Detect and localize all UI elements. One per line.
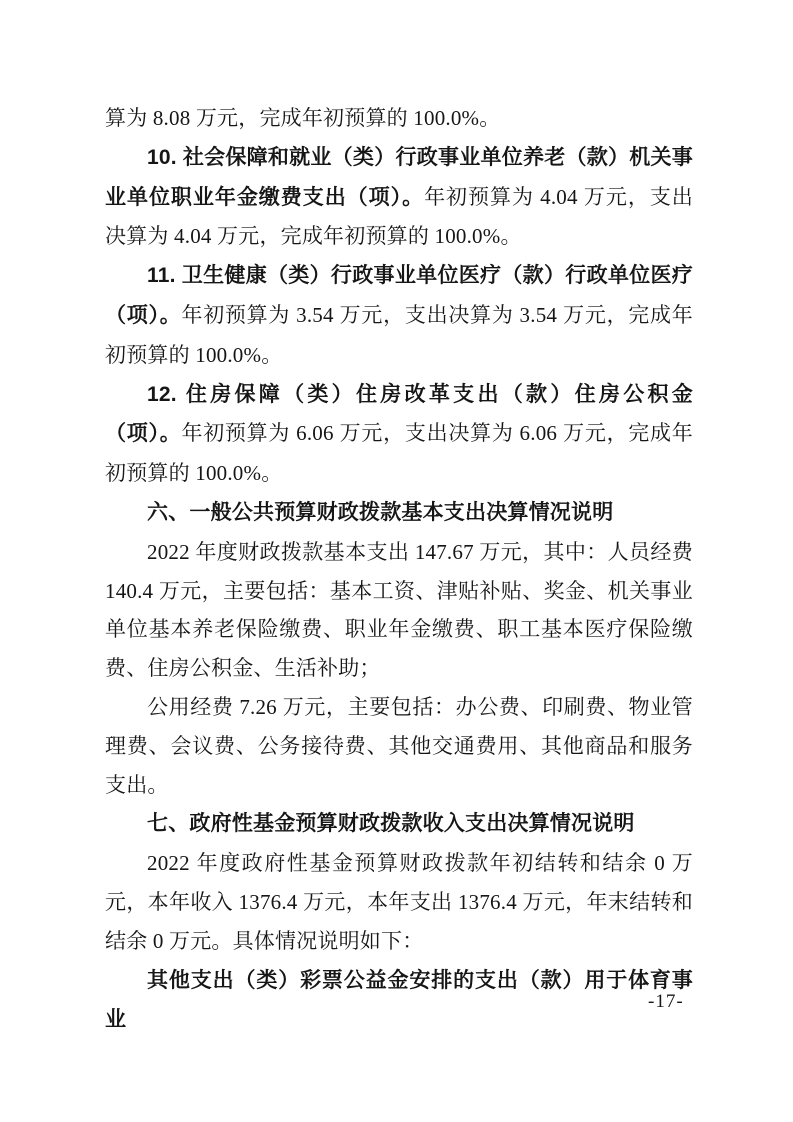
text-run: 年初预算为 6.06 万元，支出决算为 6.06 万元，完成年初预算的 100.… — [105, 421, 693, 485]
bold-text-run: 其他支出（类）彩票公益金安排的支出（款）用于体育事业 — [105, 969, 693, 1032]
paragraph: 算为 8.08 万元，完成年初预算的 100.0%。 — [105, 99, 693, 138]
bold-text-run: 七、政府性基金预算财政拨款收入支出决算情况说明 — [147, 812, 635, 835]
section-heading: 六、一般公共预算财政拨款基本支出决算情况说明 — [105, 493, 693, 533]
paragraph: 公用经费 7.26 万元，主要包括：办公费、印刷费、物业管理费、会议费、公务接待… — [105, 688, 693, 804]
paragraph: 2022 年度财政拨款基本支出 147.67 万元，其中：人员经费 140.4 … — [105, 533, 693, 688]
text-run: 算为 8.08 万元，完成年初预算的 100.0%。 — [105, 106, 500, 130]
bold-text-run: 六、一般公共预算财政拨款基本支出决算情况说明 — [147, 501, 613, 524]
page-number: -17- — [648, 990, 684, 1014]
paragraph: 11. 卫生健康（类）行政事业单位医疗（款）行政单位医疗（项）。年初预算为 3.… — [105, 256, 693, 374]
section-heading: 其他支出（类）彩票公益金安排的支出（款）用于体育事业 — [105, 961, 693, 1041]
document-content: 算为 8.08 万元，完成年初预算的 100.0%。10. 社会保障和就业（类）… — [105, 99, 693, 1040]
text-run: 公用经费 7.26 万元，主要包括：办公费、印刷费、物业管理费、会议费、公务接待… — [105, 695, 693, 797]
text-run: 2022 年度政府性基金预算财政拨款年初结转和结余 0 万元，本年收入 1376… — [105, 851, 693, 953]
text-run: 2022 年度财政拨款基本支出 147.67 万元，其中：人员经费 140.4 … — [105, 540, 693, 680]
paragraph: 10. 社会保障和就业（类）行政事业单位养老（款）机关事业单位职业年金缴费支出（… — [105, 138, 693, 256]
section-heading: 七、政府性基金预算财政拨款收入支出决算情况说明 — [105, 804, 693, 844]
text-run: 年初预算为 3.54 万元，支出决算为 3.54 万元，完成年初预算的 100.… — [105, 303, 693, 367]
paragraph: 12. 住房保障（类）住房改革支出（款）住房公积金（项）。年初预算为 6.06 … — [105, 375, 693, 493]
document-page: 算为 8.08 万元，完成年初预算的 100.0%。10. 社会保障和就业（类）… — [0, 0, 793, 1122]
paragraph: 2022 年度政府性基金预算财政拨款年初结转和结余 0 万元，本年收入 1376… — [105, 844, 693, 960]
